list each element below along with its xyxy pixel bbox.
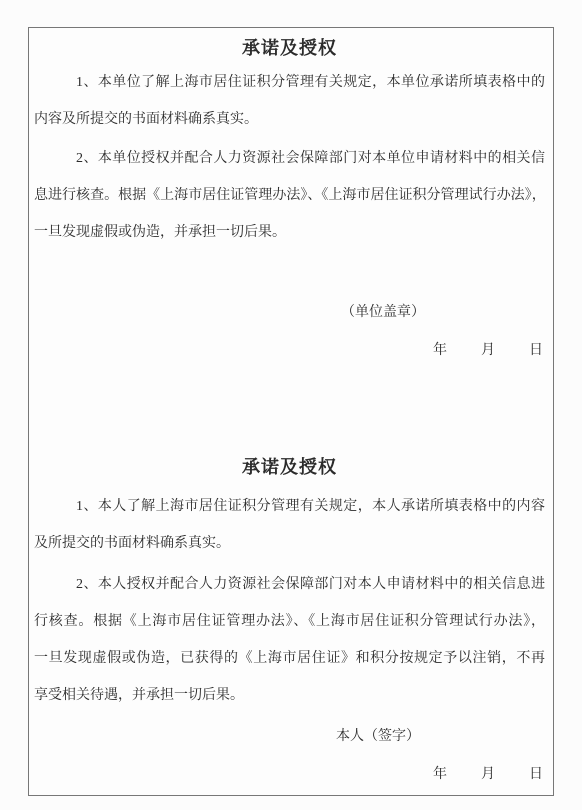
unit-date-line: 年 月 日 bbox=[34, 341, 545, 361]
text-line: 一旦发现虚假或伪造，并承担一切后果。 bbox=[34, 214, 545, 251]
text-line: 一旦发现虚假或伪造，已获得的《上海市居住证》和积分按规定予以注销，不再 bbox=[34, 640, 545, 677]
person-paragraph-1: 1、本人了解上海市居住证积分管理有关规定，本人承诺所填表格中的内容 及所提交的书… bbox=[34, 488, 545, 562]
person-paragraph-2: 2、本人授权并配合人力资源社会保障部门对本人申请材料中的相关信息进 行核查。根据… bbox=[34, 566, 545, 714]
text-line: 1、本单位了解上海市居住证积分管理有关规定，本单位承诺所填表格中的 bbox=[34, 64, 545, 101]
document-border-frame: 承诺及授权 1、本单位了解上海市居住证积分管理有关规定，本单位承诺所填表格中的 … bbox=[28, 27, 554, 796]
person-signature-label: 本人（签字） bbox=[34, 727, 545, 747]
person-date-line: 年 月 日 bbox=[34, 765, 545, 785]
text-line: 及所提交的书面材料确系真实。 bbox=[34, 525, 545, 562]
text-line: 2、本单位授权并配合人力资源社会保障部门对本单位申请材料中的相关信 bbox=[34, 140, 545, 177]
text-line: 2、本人授权并配合人力资源社会保障部门对本人申请材料中的相关信息进 bbox=[34, 566, 545, 603]
text-line: 息进行核查。根据《上海市居住证管理办法》、《上海市居住证积分管理试行办法》， bbox=[34, 177, 545, 214]
text-line: 享受相关待遇，并承担一切后果。 bbox=[34, 677, 545, 714]
section-title-person: 承诺及授权 bbox=[34, 458, 545, 477]
section-title-unit: 承诺及授权 bbox=[34, 39, 545, 58]
unit-paragraph-1: 1、本单位了解上海市居住证积分管理有关规定，本单位承诺所填表格中的 内容及所提交… bbox=[34, 64, 545, 138]
text-line: 内容及所提交的书面材料确系真实。 bbox=[34, 101, 545, 138]
unit-paragraph-2: 2、本单位授权并配合人力资源社会保障部门对本单位申请材料中的相关信 息进行核查。… bbox=[34, 140, 545, 251]
text-line: 行核查。根据《上海市居住证管理办法》、《上海市居住证积分管理试行办法》， bbox=[34, 603, 545, 640]
unit-stamp-label: （单位盖章） bbox=[34, 303, 545, 323]
text-line: 1、本人了解上海市居住证积分管理有关规定，本人承诺所填表格中的内容 bbox=[34, 488, 545, 525]
